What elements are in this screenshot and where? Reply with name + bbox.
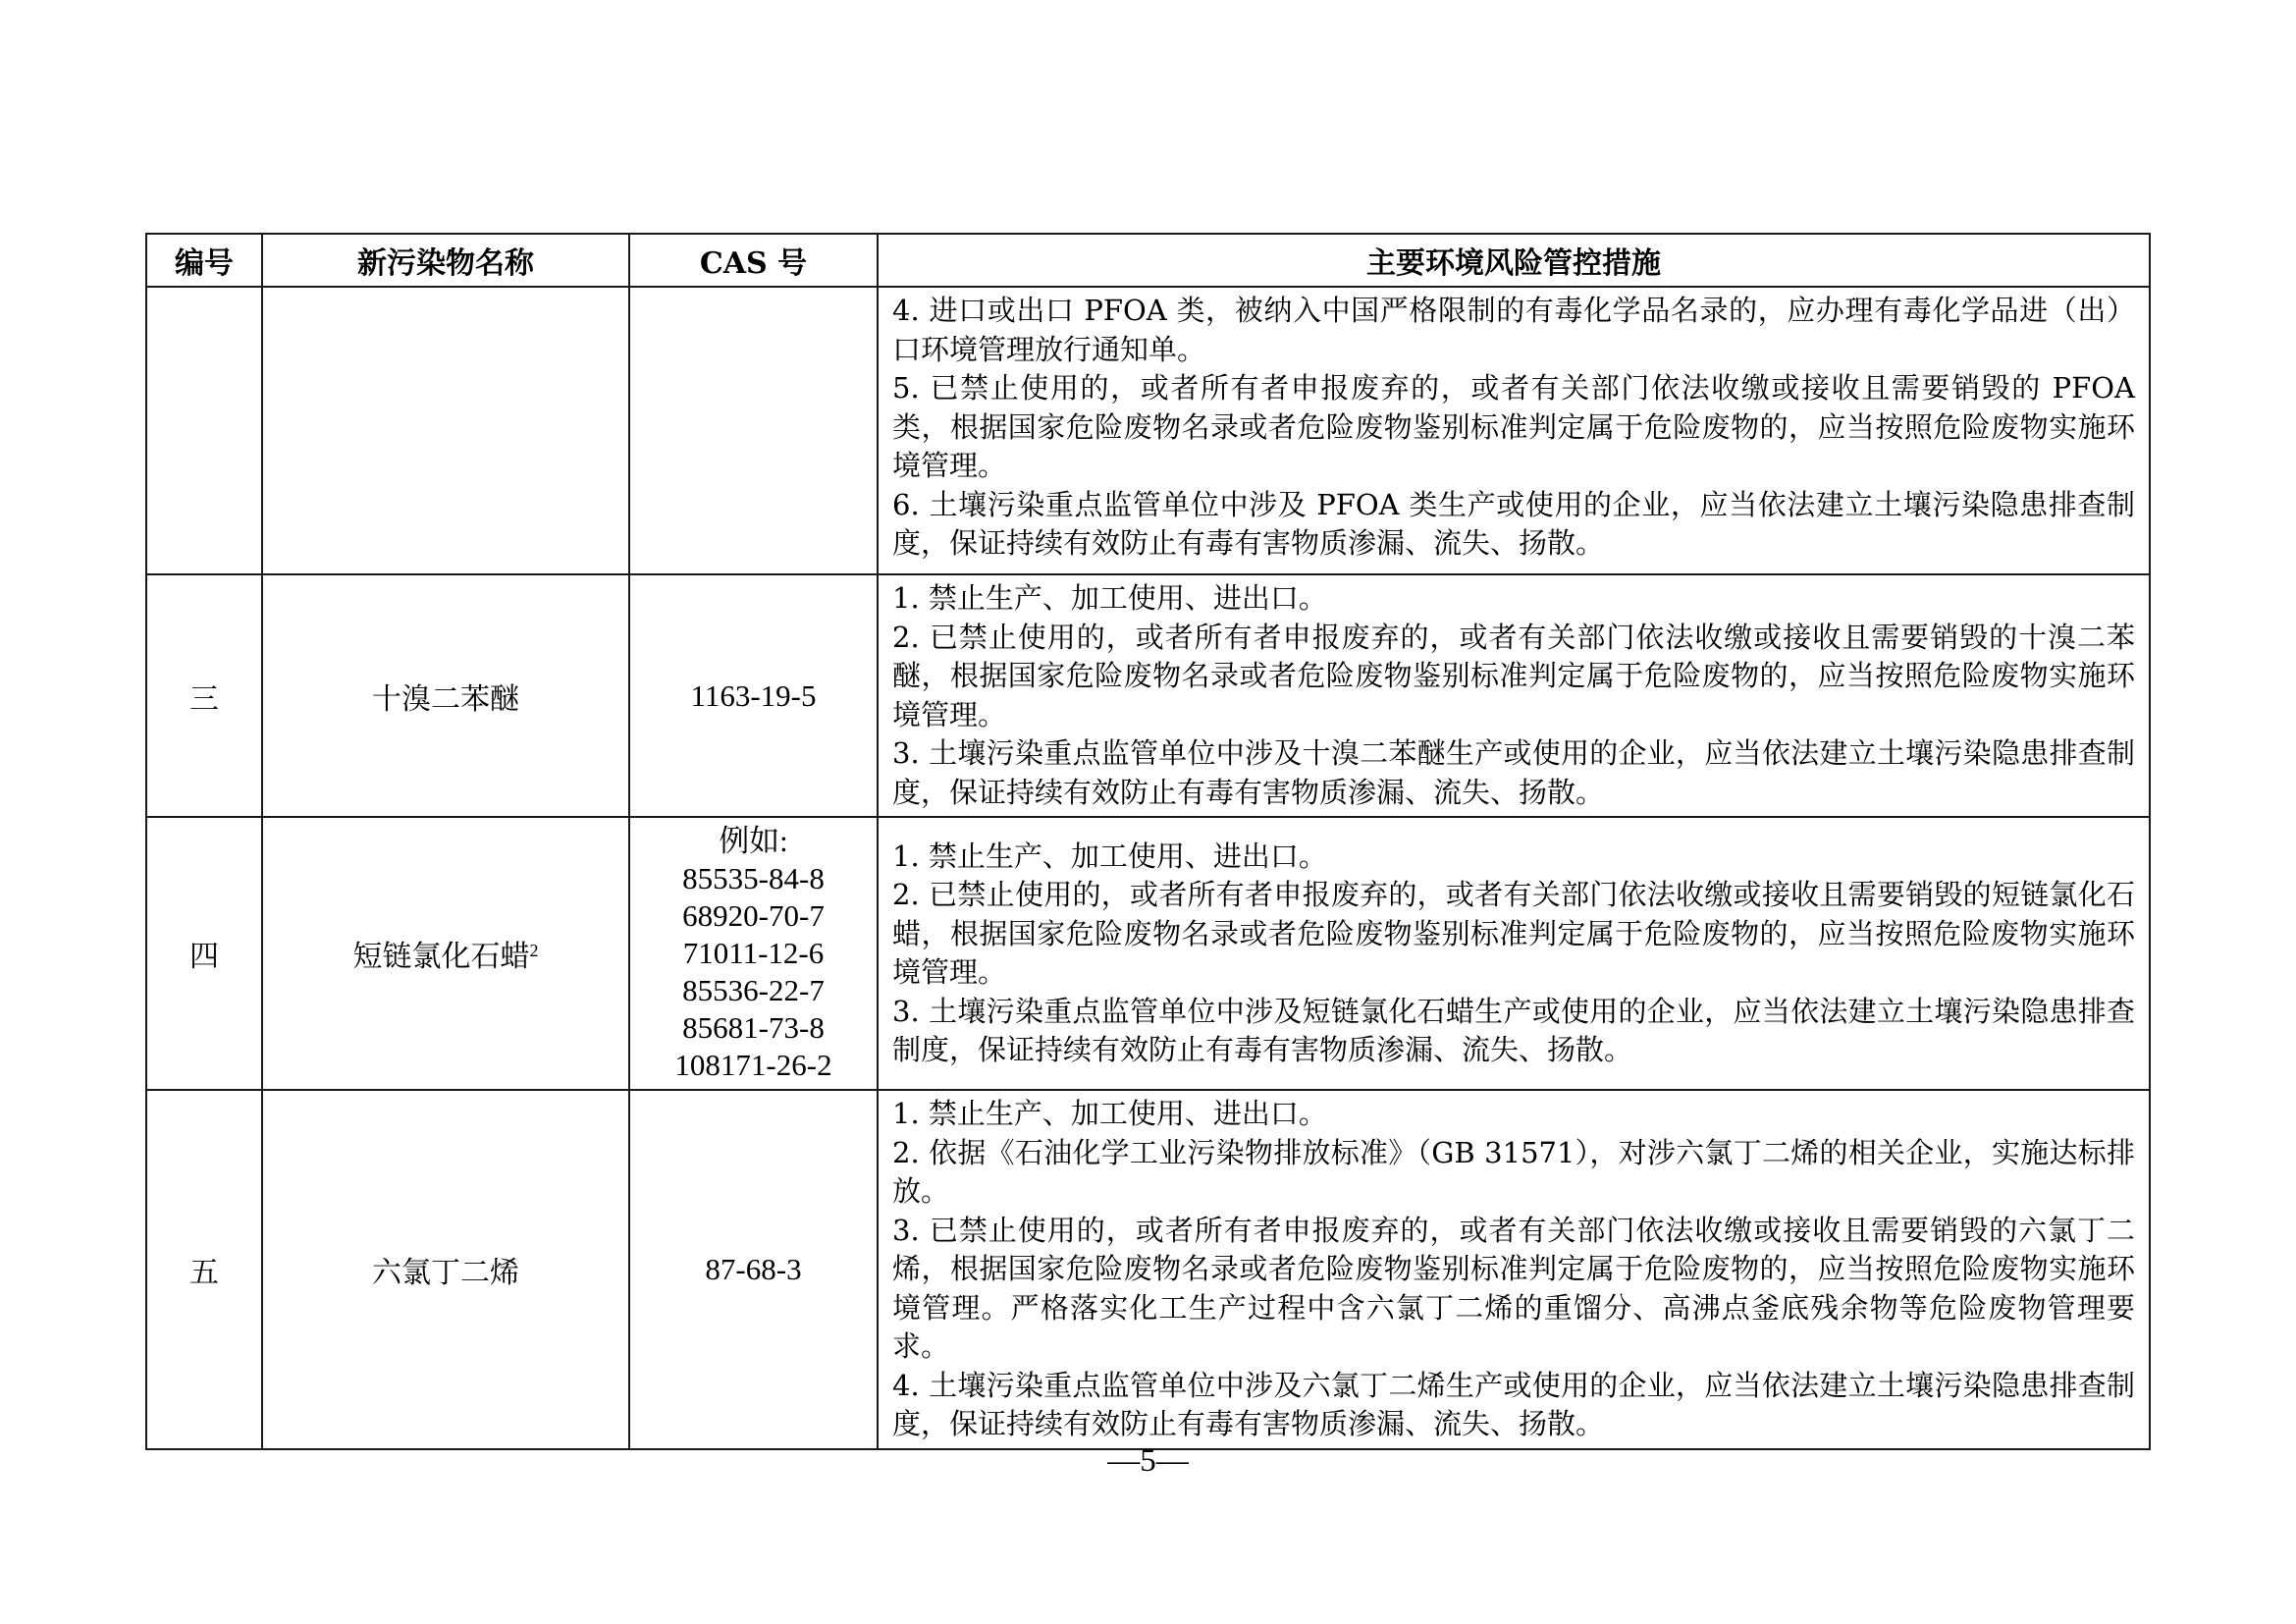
row-number	[146, 287, 262, 574]
row-number: 四	[146, 817, 262, 1090]
row-measures: 1. 禁止生产、加工使用、进出口。 2. 已禁止使用的，或者所有者申报废弃的，或…	[878, 817, 2150, 1090]
row-pollutant-name: 十溴二苯醚	[262, 574, 629, 817]
measure-item: 2. 已禁止使用的，或者所有者申报废弃的，或者有关部门依法收缴或接收且需要销毁的…	[892, 876, 2135, 993]
row-cas: 1163-19-5	[629, 574, 878, 817]
row-cas: 87-68-3	[629, 1090, 878, 1449]
measure-item: 1. 禁止生产、加工使用、进出口。	[892, 1095, 2135, 1134]
measure-item: 3. 土壤污染重点监管单位中涉及十溴二苯醚生产或使用的企业，应当依法建立土壤污染…	[892, 734, 2135, 812]
cas-number: 85535-84-8	[630, 860, 877, 897]
row-number: 五	[146, 1090, 262, 1449]
table-row: 四 短链氯化石蜡2 例如: 85535-84-8 68920-70-7 7101…	[146, 817, 2150, 1090]
table-row: 三 十溴二苯醚 1163-19-5 1. 禁止生产、加工使用、进出口。 2. 已…	[146, 574, 2150, 817]
header-control-measures: 主要环境风险管控措施	[878, 234, 2150, 287]
measure-item: 1. 禁止生产、加工使用、进出口。	[892, 579, 2135, 619]
measure-item: 4. 进口或出口 PFOA 类，被纳入中国严格限制的有毒化学品名录的，应办理有毒…	[892, 292, 2135, 369]
row-number: 三	[146, 574, 262, 817]
measure-item: 4. 土壤污染重点监管单位中涉及六氯丁二烯生产或使用的企业，应当依法建立土壤污染…	[892, 1367, 2135, 1444]
footnote-marker: 2	[530, 941, 539, 960]
cas-number: 68920-70-7	[630, 897, 877, 935]
table-header-row: 编号 新污染物名称 CAS 号 主要环境风险管控措施	[146, 234, 2150, 287]
pollutant-name-text: 短链氯化石蜡	[353, 940, 530, 974]
cas-number: 85536-22-7	[630, 972, 877, 1009]
header-pollutant-name: 新污染物名称	[262, 234, 629, 287]
header-cas-number: CAS 号	[629, 234, 878, 287]
row-pollutant-name: 六氯丁二烯	[262, 1090, 629, 1449]
table-row: 4. 进口或出口 PFOA 类，被纳入中国严格限制的有毒化学品名录的，应办理有毒…	[146, 287, 2150, 574]
measure-item: 3. 土壤污染重点监管单位中涉及短链氯化石蜡生产或使用的企业，应当依法建立土壤污…	[892, 993, 2135, 1070]
row-pollutant-name	[262, 287, 629, 574]
row-measures: 1. 禁止生产、加工使用、进出口。 2. 已禁止使用的，或者所有者申报废弃的，或…	[878, 574, 2150, 817]
row-cas	[629, 287, 878, 574]
pollutant-control-table: 编号 新污染物名称 CAS 号 主要环境风险管控措施 4. 进口或出口 PFOA…	[145, 233, 2151, 1450]
header-number: 编号	[146, 234, 262, 287]
row-measures: 4. 进口或出口 PFOA 类，被纳入中国严格限制的有毒化学品名录的，应办理有毒…	[878, 287, 2150, 574]
cas-number: 108171-26-2	[630, 1047, 877, 1084]
measure-item: 3. 已禁止使用的，或者所有者申报废弃的，或者有关部门依法收缴或接收且需要销毁的…	[892, 1212, 2135, 1367]
cas-number: 85681-73-8	[630, 1009, 877, 1047]
row-measures: 1. 禁止生产、加工使用、进出口。 2. 依据《石油化学工业污染物排放标准》（G…	[878, 1090, 2150, 1449]
measure-item: 1. 禁止生产、加工使用、进出口。	[892, 838, 2135, 877]
measure-item: 6. 土壤污染重点监管单位中涉及 PFOA 类生产或使用的企业，应当依法建立土壤…	[892, 486, 2135, 564]
row-pollutant-name: 短链氯化石蜡2	[262, 817, 629, 1090]
measure-item: 5. 已禁止使用的，或者所有者申报废弃的，或者有关部门依法收缴或接收且需要销毁的…	[892, 369, 2135, 486]
cas-number: 71011-12-6	[630, 935, 877, 972]
row-cas: 例如: 85535-84-8 68920-70-7 71011-12-6 855…	[629, 817, 878, 1090]
page-number: —5—	[0, 1443, 2296, 1480]
cas-example-label: 例如:	[630, 823, 877, 860]
measure-item: 2. 已禁止使用的，或者所有者申报废弃的，或者有关部门依法收缴或接收且需要销毁的…	[892, 619, 2135, 735]
table-row: 五 六氯丁二烯 87-68-3 1. 禁止生产、加工使用、进出口。 2. 依据《…	[146, 1090, 2150, 1449]
measure-item: 2. 依据《石油化学工业污染物排放标准》（GB 31571），对涉六氯丁二烯的相…	[892, 1134, 2135, 1212]
